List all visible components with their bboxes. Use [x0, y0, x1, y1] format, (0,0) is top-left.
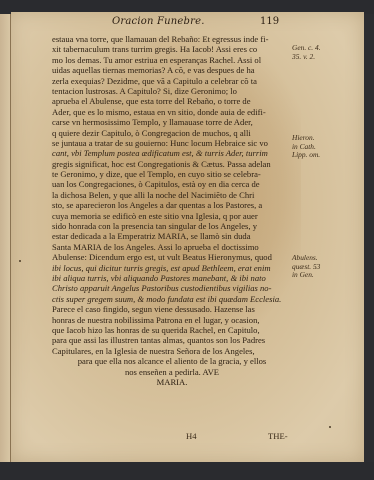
body-text: estaua vna torre, que llamauan del Rebañ…	[52, 34, 292, 387]
paper-speck	[329, 426, 331, 428]
text-line: la dichosa Belen, y que alli la noche de…	[52, 190, 292, 200]
margin-note-line: in Gen.	[292, 271, 352, 280]
text-line: que Iacob hizo las honras de su querida …	[52, 325, 292, 335]
scanner-background-bottom	[0, 462, 374, 480]
text-line: estaua vna torre, que llamauan del Rebañ…	[52, 34, 292, 44]
text-line: ibi aliqua turris, vbi aliquando Pastore…	[52, 273, 292, 283]
text-line: uidas aquellas tiernas memorias? A cõ, e…	[52, 65, 292, 75]
text-line: zerla exequias? Dezidme, que vã a Capitu…	[52, 76, 292, 86]
text-line: xit tabernaculum trans turrim gregis. Ha…	[52, 44, 292, 54]
text-line: sido honrada con la presencia tan singul…	[52, 221, 292, 231]
text-line: Capitulares, en la Iglesia de nuestra Se…	[52, 346, 292, 356]
text-line: tentacion lustrosas. A Capitulo? Si, diz…	[52, 86, 292, 96]
text-line: honras de nuestra nobilissima Patrona en…	[52, 315, 292, 325]
margin-note: Abulens.quæst. 53in Gen.	[292, 254, 352, 280]
text-line: mo los demas. Tu amor estriua en esperan…	[52, 55, 292, 65]
text-line: ctis super gregem suum, & modo fundata e…	[52, 294, 292, 304]
text-line: sto, se aparecieron los Angeles a dar qu…	[52, 200, 292, 210]
facing-page-edge	[0, 14, 11, 462]
text-line: ibi locus, qui dicitur turris gregis, es…	[52, 263, 292, 273]
margin-note-line: 35. v. 2.	[292, 53, 352, 62]
text-line: estar dedicada a la Emperatriz MARIA, se…	[52, 231, 292, 241]
text-line: Abulense: Dicendum ergo est, ut vult Bea…	[52, 252, 292, 262]
text-line: q quiere dezir Capitulo, ò Congregacion …	[52, 128, 292, 138]
running-head: Oracion Funebre. 119	[100, 16, 280, 28]
text-line: gregis significat, hoc est Congregationi…	[52, 159, 292, 169]
text-line: Parece el caso fingido, segun viene dess…	[52, 304, 292, 314]
text-line: carse vn hermosissimo Templo, y llamauas…	[52, 117, 292, 127]
text-line: cant, vbi Templum postea ædificatum est,…	[52, 148, 292, 158]
text-line: Christo apparuit Angelus Pastoribus cust…	[52, 283, 292, 293]
paper-speck	[19, 260, 21, 262]
text-line: MARIA.	[52, 377, 292, 387]
text-line: se juntaua a tratar de su gouierno: Hunc…	[52, 138, 292, 148]
margin-note-line: Lipp. om.	[292, 151, 352, 160]
text-line: te Geronimo, y dize, que el Templo, en c…	[52, 169, 292, 179]
text-line: para que assi las illustren tantas almas…	[52, 335, 292, 345]
text-line: cuya memoria se edificò en este sitio vn…	[52, 211, 292, 221]
running-head-title: Oracion Funebre.	[112, 16, 205, 27]
text-line: Ader, que es lo mismo, estaua en vn siti…	[52, 107, 292, 117]
text-line: nos enseñen a pedirla. AVE	[52, 367, 292, 377]
margin-note: Hieron.in Cath.Lipp. om.	[292, 134, 352, 160]
text-line: Santa MARIA de los Angeles. Assi lo apru…	[52, 242, 292, 252]
text-line: para que ella nos alcance el aliento de …	[52, 356, 292, 366]
margin-note: Gen. c. 4.35. v. 2.	[292, 44, 352, 61]
text-line: uan los Congregaciones, ò Capitulos, est…	[52, 179, 292, 189]
signature-mark: H4	[186, 431, 197, 441]
catchword: THE-	[268, 431, 288, 441]
text-line: aprueba el Abulense, que esta torre del …	[52, 96, 292, 106]
page-number: 119	[260, 16, 279, 27]
